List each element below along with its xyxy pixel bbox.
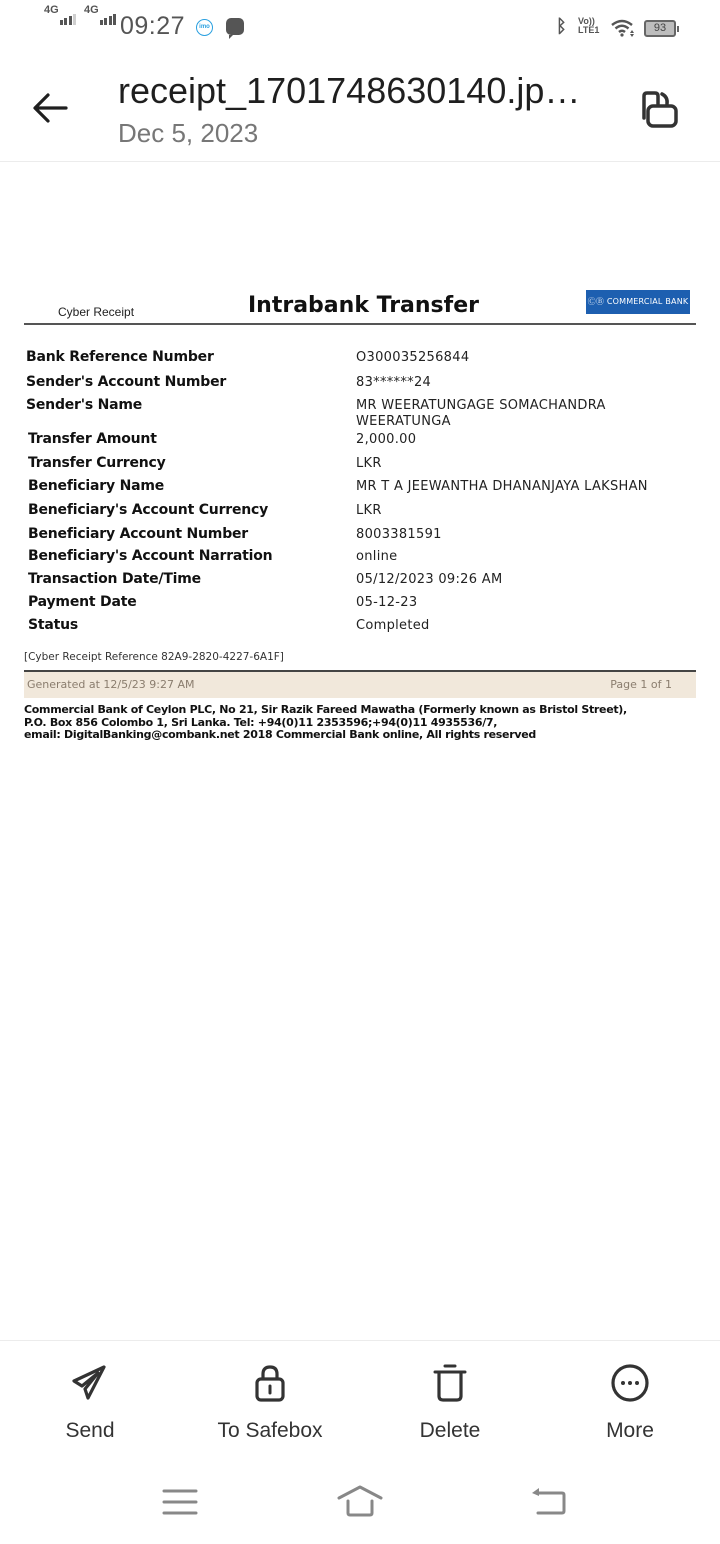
back-button[interactable] bbox=[28, 86, 72, 130]
footer-line: email: DigitalBanking@combank.net 2018 C… bbox=[24, 729, 696, 742]
bank-logo-icon: ⒸⒷ bbox=[588, 297, 607, 306]
lock-icon bbox=[250, 1363, 290, 1403]
menu-icon bbox=[160, 1484, 200, 1520]
more-button[interactable]: More bbox=[540, 1363, 720, 1443]
file-date: Dec 5, 2023 bbox=[118, 118, 258, 149]
status-bar: 4G 4G 09:27 imo ᛒ Vo)) LTE1 93 bbox=[0, 0, 720, 56]
detail-label: Beneficiary Name bbox=[28, 478, 164, 494]
generated-bar: Generated at 12/5/23 9:27 AM Page 1 of 1 bbox=[24, 670, 696, 698]
volte-line2: LTE1 bbox=[578, 26, 599, 35]
detail-value: Completed bbox=[356, 618, 686, 634]
detail-label: Bank Reference Number bbox=[26, 349, 214, 365]
detail-label: Sender's Name bbox=[26, 397, 142, 413]
file-title: receipt_1701748630140.jp… bbox=[118, 70, 580, 112]
footer-line: Commercial Bank of Ceylon PLC, No 21, Si… bbox=[24, 704, 696, 717]
detail-label: Sender's Account Number bbox=[26, 374, 226, 390]
detail-value: LKR bbox=[356, 456, 686, 472]
detail-label: Beneficiary's Account Narration bbox=[28, 548, 272, 564]
send-icon bbox=[70, 1363, 110, 1403]
action-bar: Send To Safebox Delete More bbox=[0, 1340, 720, 1460]
generated-at: Generated at 12/5/23 9:27 AM bbox=[27, 678, 195, 691]
receipt-title: Intrabank Transfer bbox=[248, 293, 479, 318]
to-safebox-button[interactable]: To Safebox bbox=[180, 1363, 360, 1443]
imo-icon: imo bbox=[196, 19, 213, 36]
detail-label: Payment Date bbox=[28, 594, 137, 610]
sim2-signal-icon: 4G bbox=[84, 14, 116, 25]
home-icon bbox=[336, 1484, 384, 1520]
detail-value: 05-12-23 bbox=[356, 595, 686, 611]
volte-icon: Vo)) LTE1 bbox=[578, 17, 599, 35]
detail-value: LKR bbox=[356, 503, 686, 519]
system-nav-bar bbox=[0, 1460, 720, 1544]
more-label: More bbox=[540, 1419, 720, 1443]
copy-button[interactable] bbox=[632, 88, 682, 132]
receipt-footer: Commercial Bank of Ceylon PLC, No 21, Si… bbox=[24, 704, 696, 742]
more-icon bbox=[610, 1363, 650, 1403]
detail-value: 2,000.00 bbox=[356, 432, 686, 448]
delete-button[interactable]: Delete bbox=[360, 1363, 540, 1443]
detail-label: Status bbox=[28, 617, 78, 633]
delete-label: Delete bbox=[360, 1419, 540, 1443]
sim1-network-label: 4G bbox=[44, 5, 59, 16]
trash-icon bbox=[430, 1363, 470, 1403]
detail-label: Beneficiary's Account Currency bbox=[28, 502, 268, 518]
detail-value: 83******24 bbox=[356, 375, 686, 391]
detail-value: 8003381591 bbox=[356, 527, 686, 543]
sim2-network-label: 4G bbox=[84, 5, 99, 16]
back-nav-button[interactable] bbox=[528, 1484, 572, 1525]
send-label: Send bbox=[0, 1419, 180, 1443]
app-bar: receipt_1701748630140.jp… Dec 5, 2023 bbox=[0, 56, 720, 162]
viber-icon bbox=[226, 18, 244, 35]
cyber-receipt-label: Cyber Receipt bbox=[58, 305, 134, 319]
detail-value: MR WEERATUNGAGE SOMACHANDRA WEERATUNGA bbox=[356, 398, 686, 430]
detail-value: O300035256844 bbox=[356, 350, 686, 366]
cyber-receipt-reference: [Cyber Receipt Reference 82A9-2820-4227-… bbox=[24, 651, 284, 663]
bluetooth-icon: ᛒ bbox=[556, 16, 567, 37]
sim1-signal-icon: 4G bbox=[44, 14, 76, 25]
receipt-header: Cyber Receipt Intrabank Transfer ⒸⒷ COMM… bbox=[24, 285, 696, 325]
page-number: Page 1 of 1 bbox=[610, 678, 672, 691]
detail-value: MR T A JEEWANTHA DHANANJAYA LAKSHAN bbox=[356, 479, 686, 495]
bank-logo: ⒸⒷ COMMERCIAL BANK bbox=[586, 290, 690, 314]
clock: 09:27 bbox=[120, 12, 185, 41]
wifi-icon bbox=[610, 18, 636, 38]
battery-icon: 93 bbox=[644, 20, 676, 37]
copy-icon bbox=[632, 88, 682, 132]
send-button[interactable]: Send bbox=[0, 1363, 180, 1443]
detail-value: 05/12/2023 09:26 AM bbox=[356, 572, 686, 588]
detail-label: Transfer Currency bbox=[28, 455, 166, 471]
back-icon bbox=[528, 1484, 572, 1520]
arrow-left-icon bbox=[28, 86, 72, 130]
detail-label: Beneficiary Account Number bbox=[28, 526, 248, 542]
detail-value: online bbox=[356, 549, 686, 565]
detail-label: Transaction Date/Time bbox=[28, 571, 201, 587]
receipt-image[interactable]: Cyber Receipt Intrabank Transfer ⒸⒷ COMM… bbox=[24, 285, 696, 349]
recent-apps-button[interactable] bbox=[160, 1484, 200, 1525]
detail-label: Transfer Amount bbox=[28, 431, 157, 447]
to-safebox-label: To Safebox bbox=[180, 1419, 360, 1443]
home-button[interactable] bbox=[336, 1484, 384, 1525]
bank-logo-text: COMMERCIAL BANK bbox=[607, 297, 689, 306]
